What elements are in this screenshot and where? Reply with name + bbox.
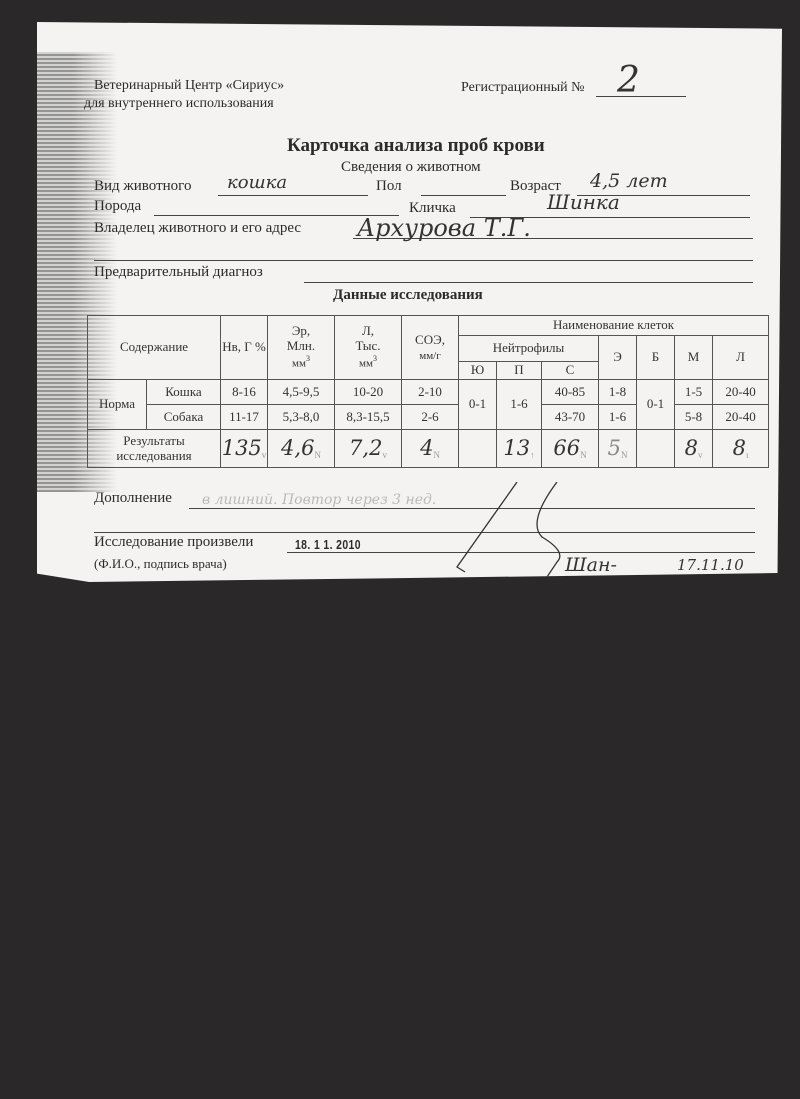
performed-sublabel: (Ф.И.О., подпись врача) xyxy=(94,556,227,572)
header-p: П xyxy=(497,362,542,380)
header-cells: Наименование клеток xyxy=(459,316,769,336)
owner-value: Архурова Т.Г. xyxy=(357,214,531,242)
header-content: Содержание xyxy=(88,316,221,380)
header-m: М xyxy=(675,336,713,380)
handwritten-date: 17.11.10 xyxy=(677,556,744,574)
norm-cell: 4,5-9,5 xyxy=(268,380,335,405)
owner-label: Владелец животного и его адрес xyxy=(94,220,301,237)
norm-cell: 11-17 xyxy=(221,405,268,430)
diagnosis-underline xyxy=(304,282,753,283)
page-title: Карточка анализа проб крови xyxy=(287,135,545,157)
sex-underline xyxy=(421,195,506,196)
diagnosis-label: Предварительный диагноз xyxy=(94,264,263,281)
addition-value: в лишний. Повтор через 3 нед. xyxy=(202,492,436,508)
header-soe: СОЭ,мм/г xyxy=(402,316,459,380)
performed-label: Исследование произвели xyxy=(94,534,253,551)
norm-animal: Собака xyxy=(147,405,221,430)
nickname-value: Шинка xyxy=(547,190,620,214)
norm-label: Норма xyxy=(88,380,147,430)
norm-cell: 1-6 xyxy=(599,405,637,430)
norm-animal: Кошка xyxy=(147,380,221,405)
header-e: Э xyxy=(599,336,637,380)
norm-cell: 20-40 xyxy=(713,380,769,405)
addition-label: Дополнение xyxy=(94,490,172,507)
species-underline xyxy=(218,195,368,196)
norm-cell: 10-20 xyxy=(335,380,402,405)
norm-cell: 5,3-8,0 xyxy=(268,405,335,430)
signature: Шан- xyxy=(565,554,617,576)
header-l-cells: Л xyxy=(713,336,769,380)
header-er: Эр,Млн.мм3 xyxy=(268,316,335,380)
sex-label: Пол xyxy=(376,178,402,195)
animal-section-title: Сведения о животном xyxy=(341,159,481,176)
norm-cell: 0-1 xyxy=(459,380,497,430)
result-soe: 4N xyxy=(402,430,459,468)
header-b: Б xyxy=(637,336,675,380)
date-stamp: 18. 1 1. 2010 xyxy=(295,537,361,552)
result-m: 8v xyxy=(675,430,713,468)
org-note: для внутреннего использования xyxy=(84,96,274,112)
result-er: 4,6N xyxy=(268,430,335,468)
header-neutrophils: Нейтрофилы xyxy=(459,336,599,362)
results-label: Результатыисследования xyxy=(88,430,221,468)
norm-cell: 2-6 xyxy=(402,405,459,430)
result-hb: 135v xyxy=(221,430,268,468)
norm-cell: 40-85 xyxy=(542,380,599,405)
results-row: Результатыисследования 135v 4,6N 7,2v 4N… xyxy=(88,430,769,468)
norm-cell: 1-5 xyxy=(675,380,713,405)
norm-cell: 2-10 xyxy=(402,380,459,405)
species-label: Вид животного xyxy=(94,178,191,195)
research-title: Данные исследования xyxy=(333,287,483,304)
result-yu xyxy=(459,430,497,468)
norm-cell: 8,3-15,5 xyxy=(335,405,402,430)
header-l: Л,Тыс.мм3 xyxy=(335,316,402,380)
registration-label: Регистрационный № xyxy=(461,80,585,96)
org-name: Ветеринарный Центр «Сириус» xyxy=(94,78,284,94)
result-b xyxy=(637,430,675,468)
norm-cell: 1-8 xyxy=(599,380,637,405)
blood-test-card: Ветеринарный Центр «Сириус» для внутренн… xyxy=(37,22,782,582)
header-s: С xyxy=(542,362,599,380)
norm-cell: 43-70 xyxy=(542,405,599,430)
registration-number: 2 xyxy=(617,60,640,101)
blood-results-table: Содержание Нв, Г % Эр,Млн.мм3 Л,Тыс.мм3 … xyxy=(87,315,769,468)
header-yu: Ю xyxy=(459,362,497,380)
header-hb: Нв, Г % xyxy=(221,316,268,380)
norm-cell: 1-6 xyxy=(497,380,542,430)
registration-underline xyxy=(596,96,686,97)
age-value: 4,5 лет xyxy=(590,170,668,192)
norm-cell: 20-40 xyxy=(713,405,769,430)
addition-underline-2 xyxy=(94,532,755,533)
norm-cell: 8-16 xyxy=(221,380,268,405)
result-lym: 8ι xyxy=(713,430,769,468)
result-p: 13↑ xyxy=(497,430,542,468)
breed-label: Порода xyxy=(94,198,141,215)
norm-cell: 5-8 xyxy=(675,405,713,430)
result-e: 5N xyxy=(599,430,637,468)
species-value: кошка xyxy=(227,172,287,193)
result-s: 66N xyxy=(542,430,599,468)
norm-row-cat: Норма Кошка 8-16 4,5-9,5 10-20 2-10 0-1 … xyxy=(88,380,769,405)
owner-underline-2 xyxy=(94,260,753,261)
norm-cell: 0-1 xyxy=(637,380,675,430)
result-l: 7,2v xyxy=(335,430,402,468)
